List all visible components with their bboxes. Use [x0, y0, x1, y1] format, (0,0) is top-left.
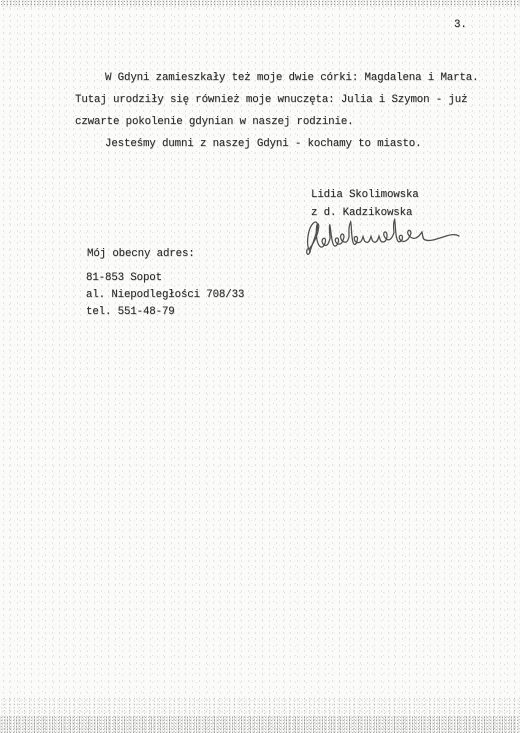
paragraph-line-1: W Gdyni zamieszkały też moje dwie córki:… — [105, 72, 478, 84]
scan-edge-noise-bottom-dense — [0, 716, 520, 733]
paragraph-line-2: Tutaj urodziły się również moje wnuczęta… — [75, 94, 467, 106]
address-label: Mój obecny adres: — [87, 248, 195, 260]
signature-name: Lidia Skolimowska — [311, 189, 419, 201]
handwritten-signature-icon — [302, 212, 463, 258]
scan-edge-noise-bottom — [0, 698, 520, 733]
scan-edge-noise-top — [0, 0, 520, 7]
scan-noise-overlay — [0, 0, 520, 733]
address-phone: tel. 551-48-79 — [86, 306, 175, 318]
paragraph-line-4: Jesteśmy dumni z naszej Gdyni - kochamy … — [105, 138, 421, 150]
address-street: al. Niepodległości 708/33 — [86, 289, 244, 301]
scanned-letter-page: 3. W Gdyni zamieszkały też moje dwie cór… — [0, 0, 520, 733]
paragraph-line-3: czwarte pokolenie gdynian w naszej rodzi… — [75, 116, 354, 128]
address-postal-city: 81-853 Sopot — [86, 272, 162, 284]
page-number: 3. — [454, 19, 467, 31]
